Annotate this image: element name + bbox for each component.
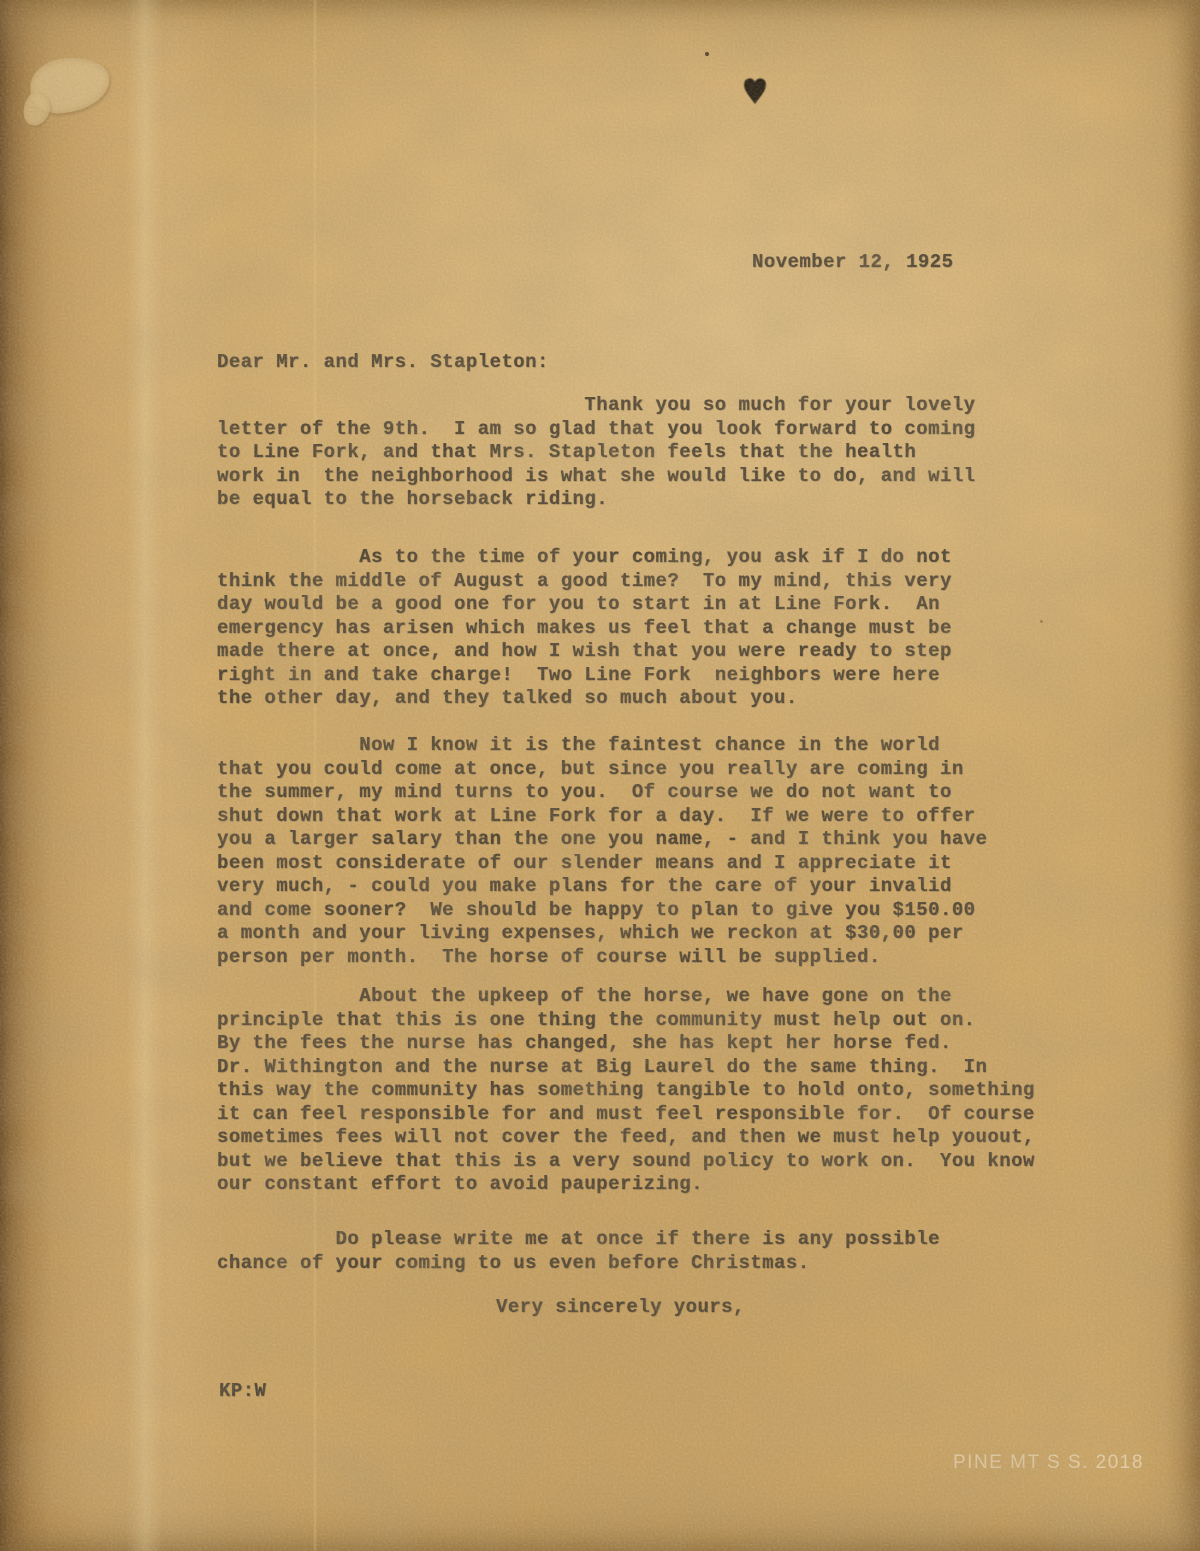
paper-crease-band — [126, 0, 164, 1551]
paragraph-5: Do please write me at once if there is a… — [217, 1228, 940, 1275]
letter-date: November 12, 1925 — [752, 251, 953, 275]
letter-document: November 12, 1925 Dear Mr. and Mrs. Stap… — [0, 0, 1200, 1551]
paragraph-2: As to the time of your coming, you ask i… — [217, 546, 952, 711]
paragraph-1: Thank you so much for your lovely letter… — [217, 394, 976, 512]
ink-blot — [742, 76, 768, 105]
letter-salutation: Dear Mr. and Mrs. Stapleton: — [217, 351, 549, 375]
letter-closing: Very sincerely yours, — [496, 1296, 745, 1320]
typist-initials: KP:W — [219, 1380, 266, 1404]
archive-watermark: PINE MT S S. 2018 — [953, 1452, 1144, 1474]
ink-speck — [705, 52, 709, 56]
paper-speck — [1040, 620, 1043, 623]
paragraph-4: About the upkeep of the horse, we have g… — [217, 985, 1035, 1197]
paragraph-3: Now I know it is the faintest chance in … — [217, 734, 987, 969]
